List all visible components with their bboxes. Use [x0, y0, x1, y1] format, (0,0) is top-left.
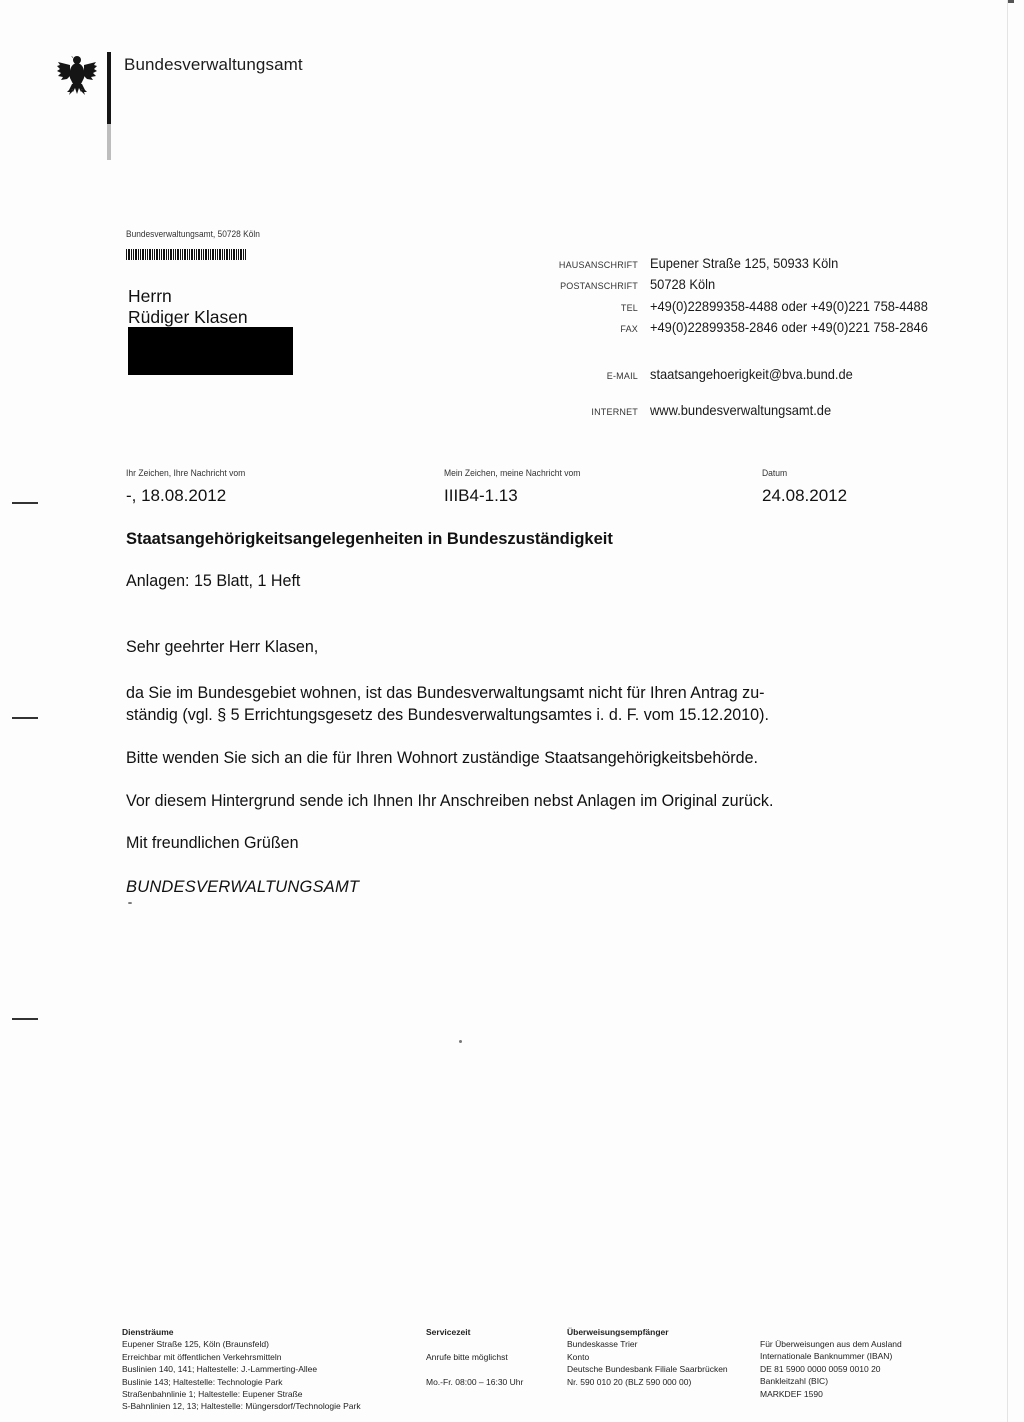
contact-fax: FAX +49(0)22899358-2846 oder +49(0)221 7… — [540, 319, 960, 335]
contact-label: E-MAIL — [540, 371, 638, 381]
signature: BUNDESVERWALTUNGSAMT — [126, 878, 359, 897]
my-reference-value: IIIB4-1.13 — [444, 486, 518, 506]
paragraph-1-line-1: da Sie im Bundesgebiet wohnen, ist das B… — [126, 684, 765, 703]
footer-payee-heading: Überweisungsempfänger — [567, 1326, 728, 1338]
footer-line: Mo.-Fr. 08:00 – 16:30 Uhr — [426, 1376, 523, 1388]
footer-line: Nr. 590 010 20 (BLZ 590 000 00) — [567, 1376, 728, 1388]
contact-postal-address: POSTANSCHRIFT 50728 Köln — [540, 276, 960, 292]
my-reference-label: Mein Zeichen, meine Nachricht vom — [444, 468, 580, 479]
contact-value: +49(0)22899358-4488 oder +49(0)221 758-4… — [650, 298, 928, 314]
contact-label: POSTANSCHRIFT — [540, 281, 638, 291]
footer-payee: Überweisungsempfänger Bundeskasse Trier … — [567, 1326, 728, 1388]
letterhead-bar — [107, 52, 111, 124]
your-reference-label: Ihr Zeichen, Ihre Nachricht vom — [126, 468, 245, 479]
your-reference-value: -, 18.08.2012 — [126, 486, 226, 506]
organization-name: Bundesverwaltungsamt — [124, 55, 303, 75]
contact-website-link[interactable]: www.bundesverwaltungsamt.de — [650, 402, 831, 418]
scan-speck — [459, 1040, 462, 1043]
footer-line: Straßenbahnlinie 1; Haltestelle: Eupener… — [122, 1388, 361, 1400]
enclosures: Anlagen: 15 Blatt, 1 Heft — [126, 572, 300, 591]
scan-edge-line — [1007, 0, 1008, 1422]
footer-line: S-Bahnlinien 12, 13; Haltestelle: Münger… — [122, 1400, 361, 1412]
footer-line: Buslinie 143; Haltestelle: Technologie P… — [122, 1376, 361, 1388]
footer-international: Für Überweisungen aus dem Ausland Intern… — [760, 1338, 902, 1400]
fold-mark — [12, 502, 38, 504]
contact-value: +49(0)22899358-2846 oder +49(0)221 758-2… — [650, 319, 928, 335]
contact-website: INTERNET www.bundesverwaltungsamt.de — [540, 402, 960, 418]
footer-line: MARKDEF 1590 — [760, 1388, 902, 1400]
closing: Mit freundlichen Grüßen — [126, 834, 299, 853]
footer-service: Servicezeit Anrufe bitte möglichst Mo.-F… — [426, 1326, 523, 1388]
footer-offices-heading: Diensträume — [122, 1326, 361, 1338]
contact-label: HAUSANSCHRIFT — [540, 260, 638, 270]
recipient-salutation: Herrn — [128, 286, 248, 307]
footer-line: Eupener Straße 125, Köln (Braunsfeld) — [122, 1338, 361, 1350]
footer-line: Bundeskasse Trier — [567, 1338, 728, 1350]
paragraph-1-line-2: ständig (vgl. § 5 Errichtungsgesetz des … — [126, 706, 769, 725]
contact-value: 50728 Köln — [650, 276, 715, 292]
date-value: 24.08.2012 — [762, 486, 847, 506]
paragraph-3: Vor diesem Hintergrund sende ich Ihnen I… — [126, 792, 773, 811]
postal-barcode — [126, 249, 246, 260]
contact-label: FAX — [540, 324, 638, 334]
footer-line: Konto — [567, 1351, 728, 1363]
contact-email-link[interactable]: staatsangehoerigkeit@bva.bund.de — [650, 366, 853, 382]
paragraph-2: Bitte wenden Sie sich an die für Ihren W… — [126, 749, 758, 768]
subject-line: Staatsangehörigkeitsangelegenheiten in B… — [126, 530, 613, 549]
contact-street-address: HAUSANSCHRIFT Eupener Straße 125, 50933 … — [540, 255, 960, 271]
contact-label: INTERNET — [540, 407, 638, 417]
date-label: Datum — [762, 468, 787, 479]
footer-line: Buslinien 140, 141; Haltestelle: J.-Lamm… — [122, 1363, 361, 1375]
contact-value: Eupener Straße 125, 50933 Köln — [650, 255, 838, 271]
fold-mark — [12, 1018, 38, 1020]
footer-line: Für Überweisungen aus dem Ausland — [760, 1338, 902, 1350]
footer-offices: Diensträume Eupener Straße 125, Köln (Br… — [122, 1326, 361, 1413]
scan-edge-mark — [1008, 0, 1014, 3]
recipient-name: Rüdiger Klasen — [128, 307, 248, 328]
footer-line: Internationale Banknummer (IBAN) — [760, 1350, 902, 1362]
footer-line: Erreichbar mit öffentlichen Verkehrsmitt… — [122, 1351, 361, 1363]
footer-line: Bankleitzahl (BIC) — [760, 1375, 902, 1387]
footer-service-heading: Servicezeit — [426, 1326, 523, 1338]
contact-phone: TEL +49(0)22899358-4488 oder +49(0)221 7… — [540, 298, 960, 314]
federal-eagle-icon — [56, 52, 98, 98]
sender-return-address: Bundesverwaltungsamt, 50728 Köln — [126, 229, 260, 240]
redacted-address — [128, 327, 293, 375]
recipient-address: Herrn Rüdiger Klasen — [128, 286, 248, 328]
footer-line: DE 81 5900 0000 0059 0010 20 — [760, 1363, 902, 1375]
contact-email: E-MAIL staatsangehoerigkeit@bva.bund.de — [540, 366, 960, 382]
scan-speck — [128, 902, 132, 904]
greeting: Sehr geehrter Herr Klasen, — [126, 638, 318, 657]
fold-mark — [12, 717, 38, 719]
footer-line: Deutsche Bundesbank Filiale Saarbrücken — [567, 1363, 728, 1375]
letterhead-bar-shade — [107, 124, 111, 160]
contact-label: TEL — [540, 303, 638, 313]
footer-line: Anrufe bitte möglichst — [426, 1351, 523, 1363]
